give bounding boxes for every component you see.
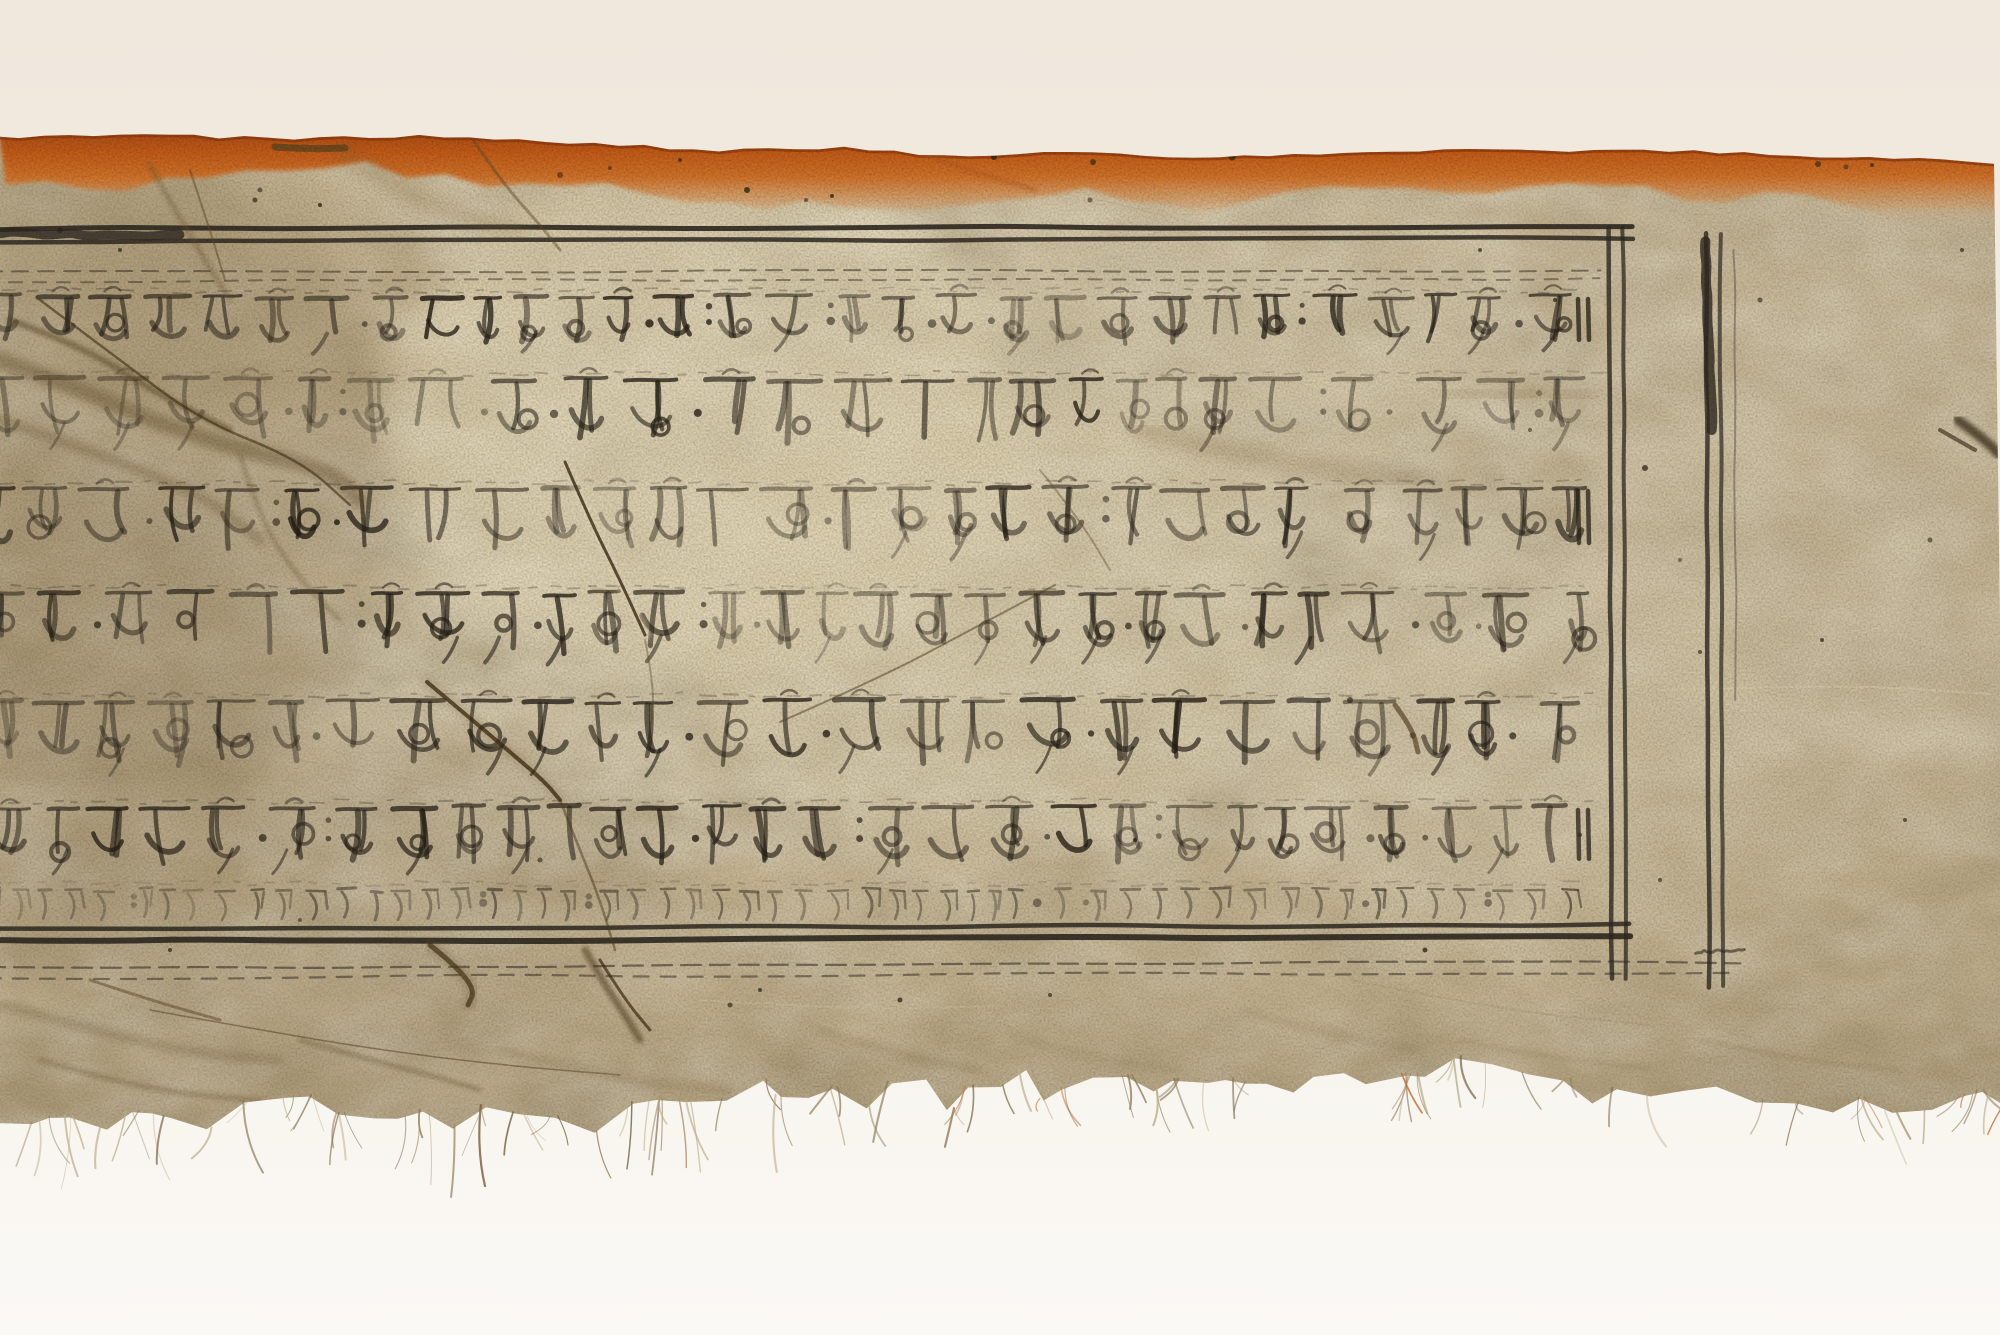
manuscript-photo-scene (0, 0, 2000, 1335)
manuscript-photo (0, 0, 2000, 1335)
